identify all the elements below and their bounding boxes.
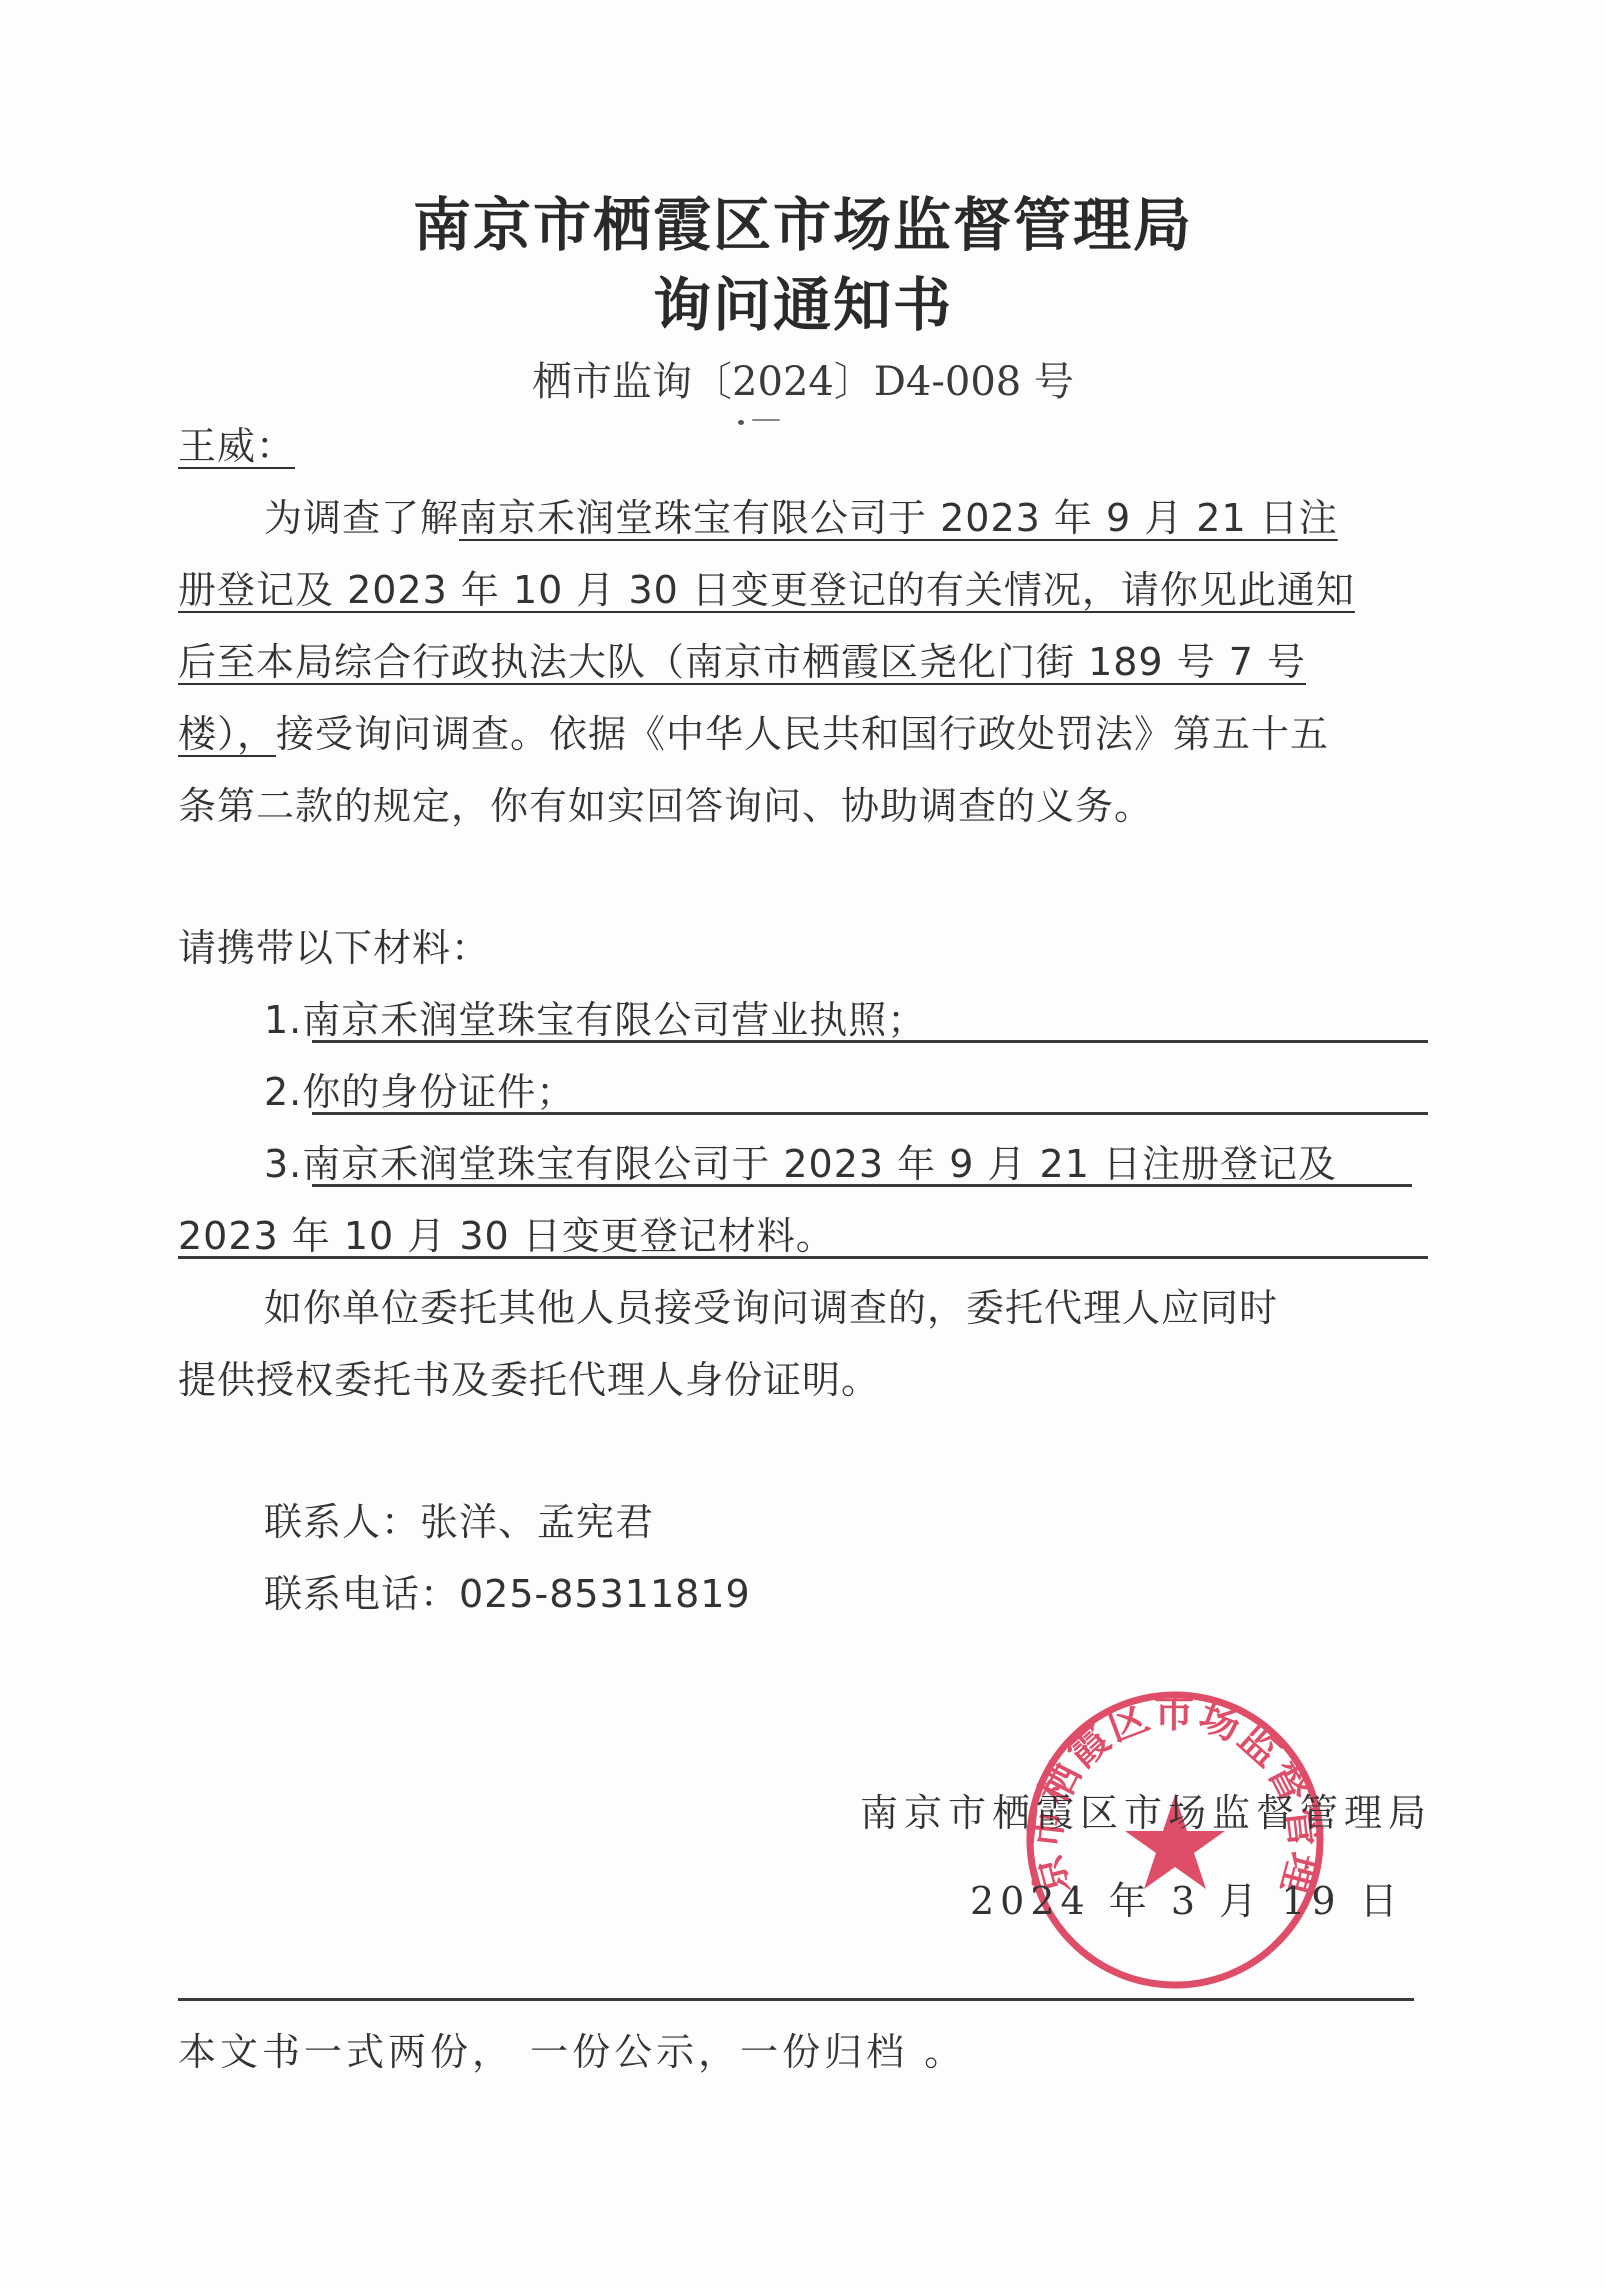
delegation-line-2: 提供授权委托书及委托代理人身份证明。 <box>178 1356 880 1404</box>
delegation-line-1: 如你单位委托其他人员接受询问调查的，委托代理人应同时 <box>264 1284 1278 1332</box>
official-seal-icon: 南京市栖霞区市场监督管理局 <box>1020 1685 1330 1995</box>
contact-phone: 联系电话：025-85311819 <box>264 1570 751 1618</box>
scan-speck <box>752 419 780 421</box>
contact-person: 联系人：张洋、孟宪君 <box>264 1498 654 1546</box>
material-item-1: 1.南京禾润堂珠宝有限公司营业执照； <box>264 996 926 1044</box>
footer-divider <box>178 1998 1414 2001</box>
document-page: 南京市栖霞区市场监督管理局 询问通知书 栖市监询〔2024〕D4-008 号 王… <box>0 0 1606 2290</box>
body-paragraph-line: 为调查了解南京禾润堂珠宝有限公司于 2023 年 9 月 21 日注 <box>264 494 1338 542</box>
item-text: 南京禾润堂珠宝有限公司营业执照； <box>302 998 926 1042</box>
material-item-3-continued: 2023 年 10 月 30 日变更登记材料。 <box>178 1212 835 1260</box>
body-paragraph-line: 条第二款的规定，你有如实回答询问、协助调查的义务。 <box>178 782 1153 830</box>
material-item-3: 3.南京禾润堂珠宝有限公司于 2023 年 9 月 21 日注册登记及 <box>264 1140 1337 1188</box>
materials-heading: 请携带以下材料： <box>178 924 490 972</box>
item-number: 2. <box>264 1070 302 1114</box>
item-number: 3. <box>264 1142 302 1186</box>
recipient-name: 王威： <box>178 422 295 470</box>
underline-rule <box>312 1112 1428 1115</box>
company-reference: 南京禾润堂珠宝有限公司于 2023 年 9 月 21 日注 <box>459 496 1338 540</box>
underline-rule <box>312 1184 1412 1187</box>
underline-rule <box>178 1256 1428 1259</box>
signature-date: 2024 年 3 月 19 日 <box>970 1870 1404 1925</box>
body-text: 接受询问调查。依据《中华人民共和国行政处罚法》第五十五 <box>276 712 1329 756</box>
body-text: 为调查了解 <box>264 496 459 540</box>
item-text: 你的身份证件； <box>302 1070 575 1114</box>
item-number: 1. <box>264 998 302 1042</box>
footer-note: 本文书一式两份， 一份公示，一份归档 。 <box>178 2028 966 2076</box>
item-text: 南京禾润堂珠宝有限公司于 2023 年 9 月 21 日注册登记及 <box>302 1142 1337 1186</box>
body-paragraph-line: 楼），接受询问调查。依据《中华人民共和国行政处罚法》第五十五 <box>178 710 1329 758</box>
agency-title: 南京市栖霞区市场监督管理局 <box>0 178 1606 262</box>
scan-speck <box>738 420 744 425</box>
address-end: 楼）， <box>178 712 276 756</box>
signature-agency: 南京市栖霞区市场监督管理局 <box>860 1782 1432 1837</box>
body-paragraph-line: 册登记及 2023 年 10 月 30 日变更登记的有关情况，请你见此通知 <box>178 566 1355 614</box>
document-type-title: 询问通知书 <box>0 258 1606 342</box>
underline-rule <box>312 1040 1428 1043</box>
document-number: 栖市监询〔2024〕D4-008 号 <box>0 350 1606 407</box>
body-paragraph-line: 后至本局综合行政执法大队（南京市栖霞区尧化门街 189 号 7 号 <box>178 638 1306 686</box>
material-item-2: 2.你的身份证件； <box>264 1068 575 1116</box>
